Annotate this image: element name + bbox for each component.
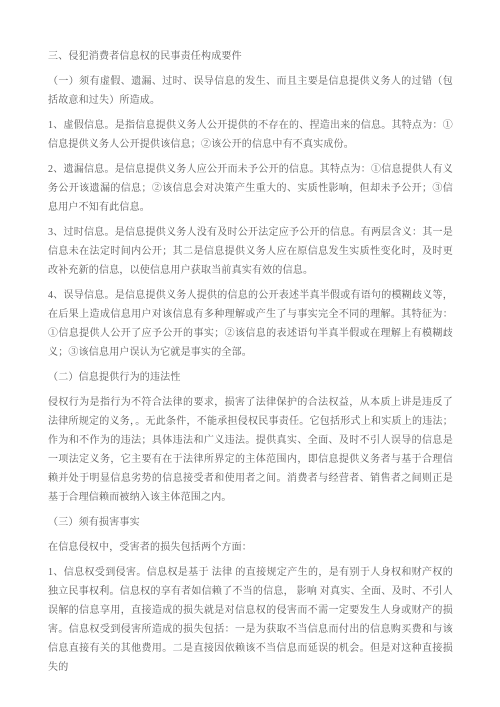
paragraph-damage-intro: 在信息侵权中，受害者的损失包括两个方面：	[48, 538, 453, 557]
paragraph-omitted-information: 2、遗漏信息。是信息提供义务人应公开而未予公开的信息。其特点为：①信息提供人有义…	[48, 160, 453, 217]
document-body: 三、侵犯消费者信息权的民事责任构成要件 （一）须有虚假、遗漏、过时、误导信息的发…	[48, 47, 453, 677]
subsection-3-heading: （三）须有损害事实	[48, 513, 453, 532]
paragraph-outdated-information: 3、过时信息。是信息提供义务人没有及时公开法定应予公开的信息。有两层含义：其一是…	[48, 223, 453, 280]
paragraph-misleading-information: 4、误导信息。是信息提供义务人提供的信息的公开表述半真半假或有语句的模糊歧义等，…	[48, 286, 453, 362]
paragraph-information-right-infringed: 1、信息权受到侵害。信息权是基于 法律 的直接规定产生的，是有别于人身权和财产权…	[48, 563, 453, 677]
section-title: 三、侵犯消费者信息权的民事责任构成要件	[48, 47, 453, 66]
paragraph-false-information: 1、虚假信息。是指信息提供义务人公开提供的不存在的、捏造出来的信息。其特点为：①…	[48, 116, 453, 154]
document-page: 三、侵犯消费者信息权的民事责任构成要件 （一）须有虚假、遗漏、过时、误导信息的发…	[0, 0, 500, 707]
paragraph-illegality-of-providing: 侵权行为是指行为不符合法律的要求，损害了法律保护的合法权益，从本质上讲是违反了法…	[48, 393, 453, 507]
subsection-1-heading: （一）须有虚假、遗漏、过时、误导信息的发生、而且主要是信息提供义务人的过错（包括…	[48, 72, 453, 110]
subsection-2-heading: （二）信息提供行为的违法性	[48, 368, 453, 387]
